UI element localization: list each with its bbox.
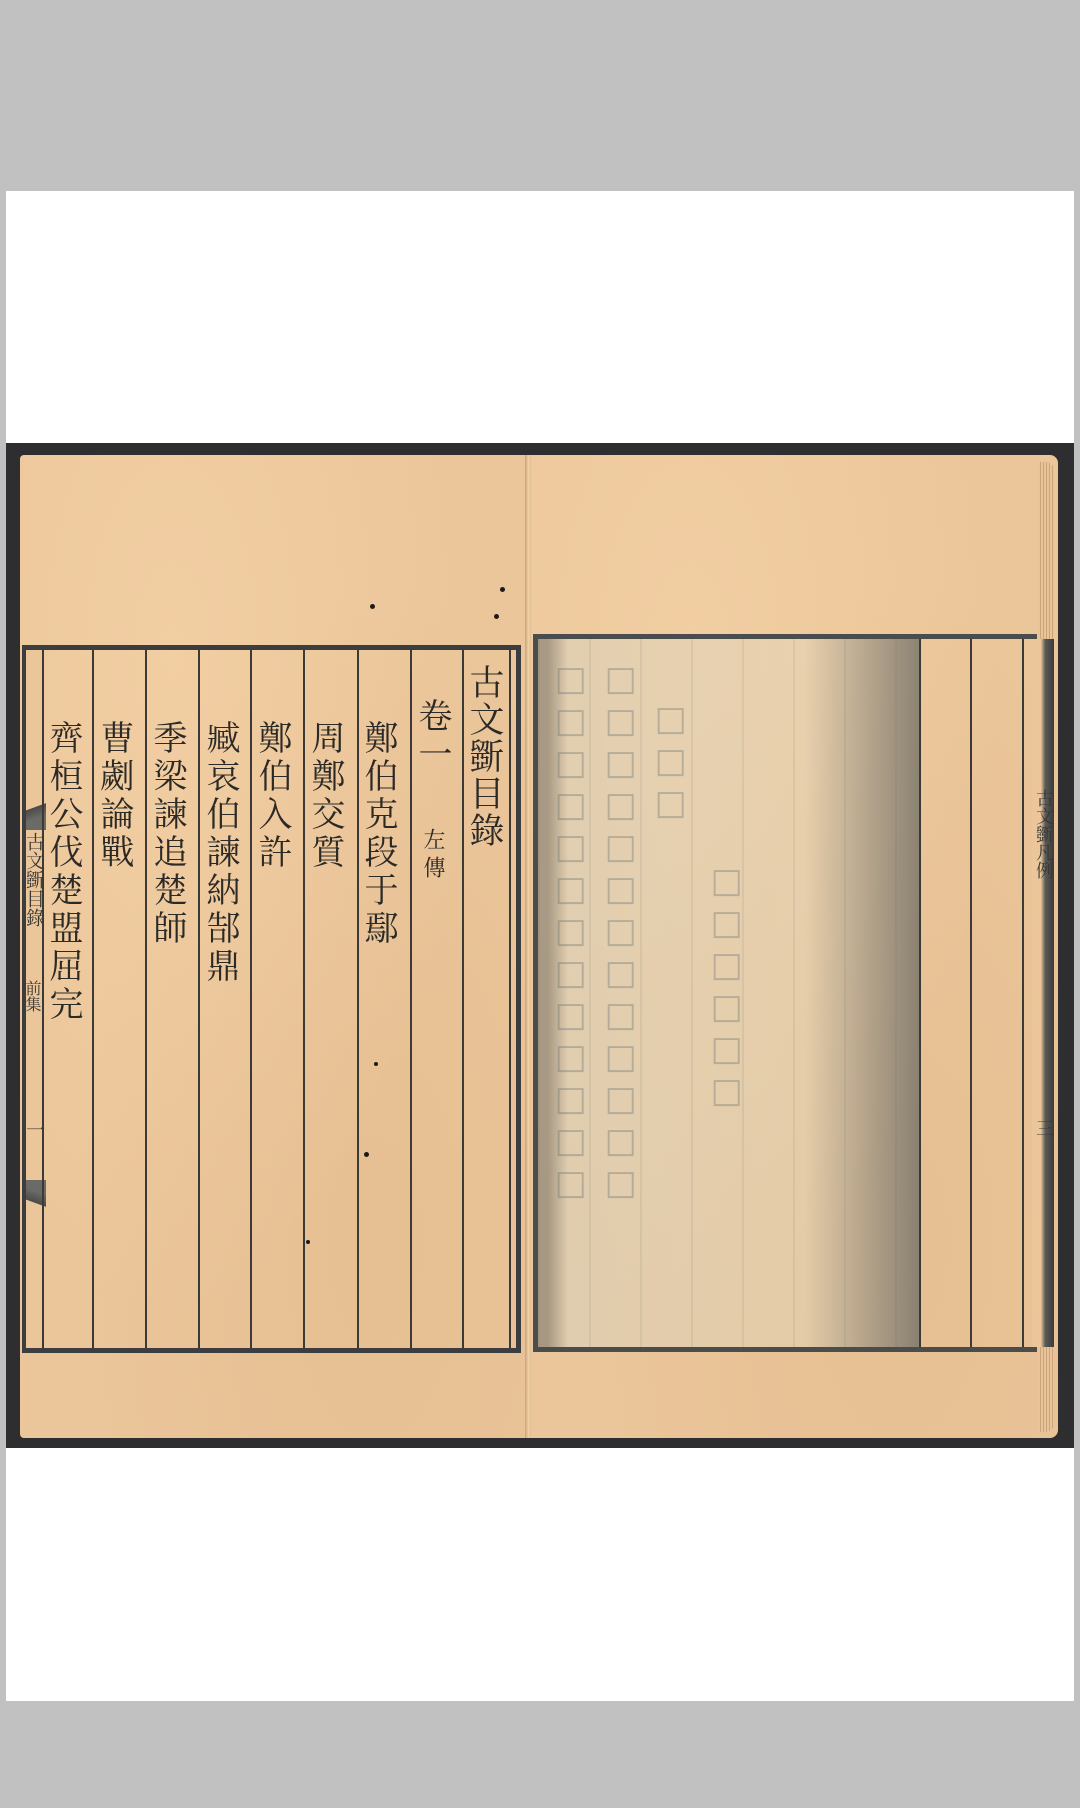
column-rule — [1022, 639, 1024, 1347]
right-block-heart-strip: 古文斵凡例 三 — [1032, 639, 1054, 1347]
ink-spot — [370, 604, 375, 609]
ink-spot — [306, 1240, 310, 1244]
column-rule — [970, 639, 972, 1347]
column-rule — [509, 650, 511, 1348]
ink-spot — [374, 1062, 378, 1066]
right-banxin-title: 古文斵凡例 — [1034, 789, 1052, 879]
faint-text: □□□□□□ — [708, 861, 744, 1113]
toc-entry[interactable]: 臧哀伯諫納郜鼎 — [203, 720, 237, 986]
toc-entry[interactable]: 齊桓公伐楚盟屈完 — [46, 720, 80, 1024]
juan-source-note: 左傳 — [420, 828, 445, 884]
juan-label: 卷一 — [412, 698, 452, 774]
right-page-frame: □□□□□□□□□□□□□ □□□□□□□□□□□□□ □□□ □□□□□□ 古… — [533, 634, 1037, 1352]
ink-spot — [494, 614, 499, 619]
faint-text: □□□□□□□□□□□□□ — [552, 659, 588, 1205]
toc-entry[interactable]: 鄭伯入許 — [255, 720, 289, 872]
banxin-section: 前集 — [24, 980, 40, 1012]
banxin-page-number: 一 — [24, 1120, 43, 1139]
banxin-title: 古文斵目錄 — [24, 832, 43, 927]
toc-entry[interactable]: 曹劌論戰 — [97, 720, 131, 872]
juan-heading: 卷一 左傳 — [415, 698, 449, 884]
table-of-contents-frame: 古文斵目錄 前集 一 古文斵目錄 卷一 左傳 鄭伯克段于鄢 周鄭交質 鄭伯入許 … — [22, 645, 521, 1353]
toc-entry[interactable]: 鄭伯克段于鄢 — [361, 720, 395, 948]
toc-title: 古文斵目錄 — [466, 664, 501, 849]
ink-spot — [364, 1152, 369, 1157]
right-banxin-page-number: 三 — [1034, 1119, 1052, 1137]
column-rule — [919, 639, 921, 1347]
faint-text: □□□□□□□□□□□□□ — [602, 659, 638, 1205]
toc-entry[interactable]: 季梁諫追楚師 — [150, 720, 184, 948]
offset-bleed-through: □□□□□□□□□□□□□ □□□□□□□□□□□□□ □□□ □□□□□□ — [538, 639, 919, 1347]
ink-spot — [500, 587, 505, 592]
toc-entry[interactable]: 周鄭交質 — [308, 720, 342, 872]
faint-text: □□□ — [652, 699, 688, 825]
